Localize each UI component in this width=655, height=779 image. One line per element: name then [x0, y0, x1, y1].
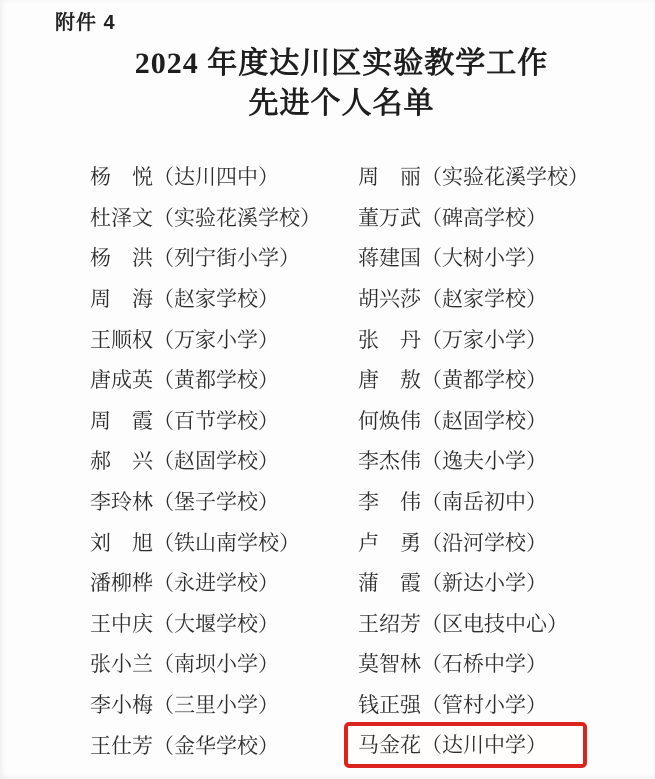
document-title-line-2: 先进个人名单: [28, 84, 655, 124]
document-title: 2024 年度达川区实验教学工作 先进个人名单: [0, 44, 655, 124]
list-row: 李玲林（堡子学校）李 伟（南岳初中）: [0, 481, 655, 522]
person-entry: 李 伟（南岳初中）: [358, 486, 655, 516]
person-entry: 杨 洪（列宁街小学）: [90, 242, 358, 272]
person-entry: 唐成英（黄都学校）: [90, 364, 358, 394]
attachment-label: 附件 4: [55, 6, 116, 35]
person-entry: 蒋建国（大树小学）: [358, 242, 655, 272]
person-entry: 杨 悦（达川四中）: [90, 161, 358, 191]
person-entry: 杜泽文（实验花溪学校）: [90, 202, 358, 232]
person-entry: 何焕伟（赵固学校）: [358, 405, 655, 435]
name-list: 杨 悦（达川四中）周 丽（实验花溪学校）杜泽文（实验花溪学校）董万武（碑高学校）…: [0, 156, 655, 765]
person-entry: 莫智林（石桥中学）: [358, 648, 655, 678]
person-entry: 钱正强（管村小学）: [358, 689, 655, 719]
list-row: 刘 旭（铁山南学校）卢 勇（沿河学校）: [0, 521, 655, 562]
person-entry: 张小兰（南坝小学）: [90, 648, 358, 678]
person-entry: 李小梅（三里小学）: [90, 689, 358, 719]
person-entry: 卢 勇（沿河学校）: [358, 527, 655, 557]
person-entry: 王绍芳（区电技中心）: [358, 608, 655, 638]
list-row: 唐成英（黄都学校）唐 敖（黄都学校）: [0, 359, 655, 400]
person-entry: 唐 敖（黄都学校）: [358, 364, 655, 394]
document-title-line-1: 2024 年度达川区实验教学工作: [28, 44, 655, 84]
person-entry: 周 丽（实验花溪学校）: [358, 161, 655, 191]
person-entry: 郝 兴（赵固学校）: [90, 445, 358, 475]
list-row: 杨 悦（达川四中）周 丽（实验花溪学校）: [0, 156, 655, 197]
person-entry: 胡兴莎（赵家学校）: [358, 283, 655, 313]
list-row: 王中庆（大堰学校）王绍芳（区电技中心）: [0, 603, 655, 644]
person-entry: 董万武（碑高学校）: [358, 202, 655, 232]
list-row: 杨 洪（列宁街小学）蒋建国（大树小学）: [0, 237, 655, 278]
person-entry: 马金花（达川中学）: [358, 722, 655, 768]
list-row: 杜泽文（实验花溪学校）董万武（碑高学校）: [0, 197, 655, 238]
list-row: 郝 兴（赵固学校）李杰伟（逸夫小学）: [0, 440, 655, 481]
highlight-box: 马金花（达川中学）: [344, 722, 587, 768]
list-row: 张小兰（南坝小学）莫智林（石桥中学）: [0, 643, 655, 684]
person-entry: 王仕芳（金华学校）: [90, 730, 358, 760]
list-row: 李小梅（三里小学）钱正强（管村小学）: [0, 684, 655, 725]
person-entry: 蒲 霞（新达小学）: [358, 567, 655, 597]
person-entry: 王顺权（万家小学）: [90, 324, 358, 354]
person-entry: 周 海（赵家学校）: [90, 283, 358, 313]
person-entry: 刘 旭（铁山南学校）: [90, 527, 358, 557]
list-row: 王仕芳（金华学校）马金花（达川中学）: [0, 724, 655, 765]
list-row: 周 霞（百节学校）何焕伟（赵固学校）: [0, 400, 655, 441]
person-entry: 潘柳桦（永进学校）: [90, 567, 358, 597]
person-entry: 周 霞（百节学校）: [90, 405, 358, 435]
document-page: 附件 4 2024 年度达川区实验教学工作 先进个人名单 杨 悦（达川四中）周 …: [0, 0, 655, 779]
list-row: 潘柳桦（永进学校）蒲 霞（新达小学）: [0, 562, 655, 603]
list-row: 王顺权（万家小学）张 丹（万家小学）: [0, 318, 655, 359]
person-entry: 李杰伟（逸夫小学）: [358, 445, 655, 475]
person-entry: 王中庆（大堰学校）: [90, 608, 358, 638]
person-entry: 李玲林（堡子学校）: [90, 486, 358, 516]
person-entry: 张 丹（万家小学）: [358, 324, 655, 354]
list-row: 周 海（赵家学校）胡兴莎（赵家学校）: [0, 278, 655, 319]
